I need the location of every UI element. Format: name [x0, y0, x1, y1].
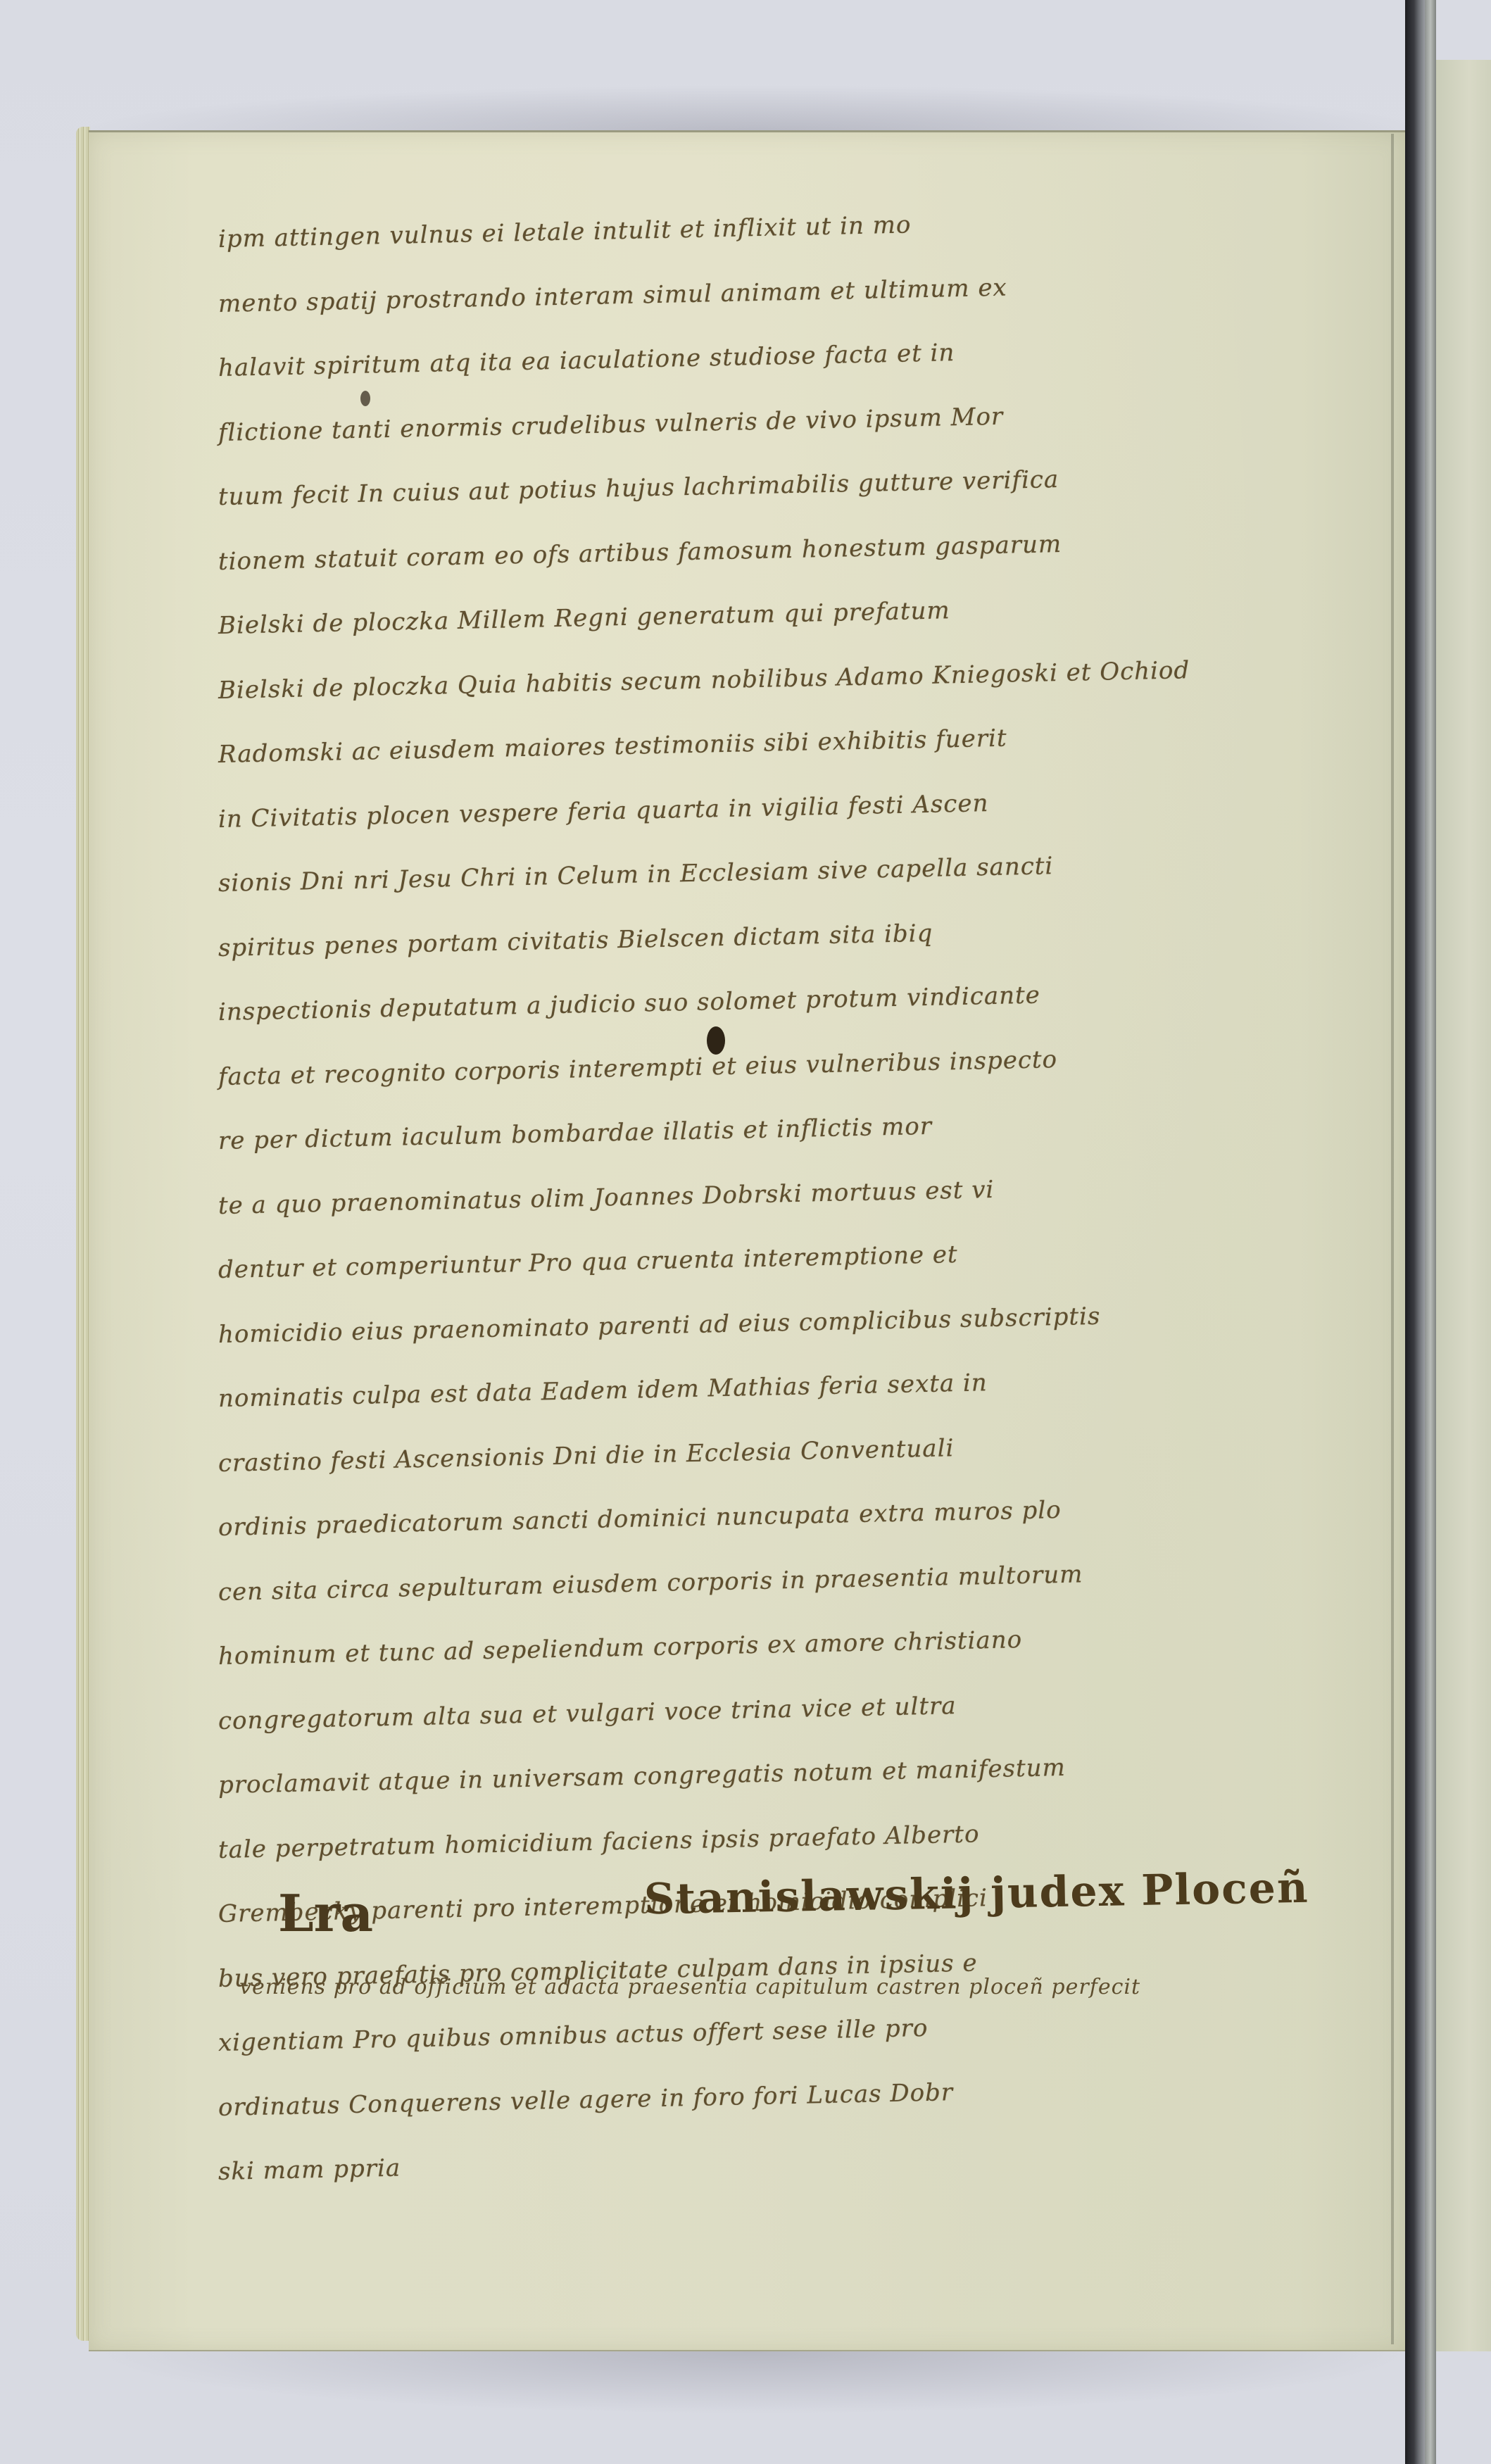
- ink-blot: [360, 391, 370, 406]
- page-shadow-bottom: [84, 2351, 1422, 2415]
- ink-blot: [707, 1026, 725, 1055]
- signature-initials: Lra: [278, 1883, 373, 1943]
- closing-line: veniens pro ad officium et adacta praese…: [239, 1975, 1140, 1999]
- scanner-clamp-bar: [1405, 0, 1425, 2464]
- page-shadow-top: [70, 84, 1443, 134]
- facing-page-edge: [1436, 60, 1491, 2351]
- scanner-glass-edge: [1425, 0, 1436, 2464]
- page-stack-edge: [76, 127, 90, 2341]
- gutter-fold: [1391, 134, 1394, 2344]
- signature-name: Stanislawskij judex Ploceñ: [643, 1863, 1309, 1924]
- signature-row: Lra Stanislawskij judex Ploceñ: [278, 1869, 1418, 1968]
